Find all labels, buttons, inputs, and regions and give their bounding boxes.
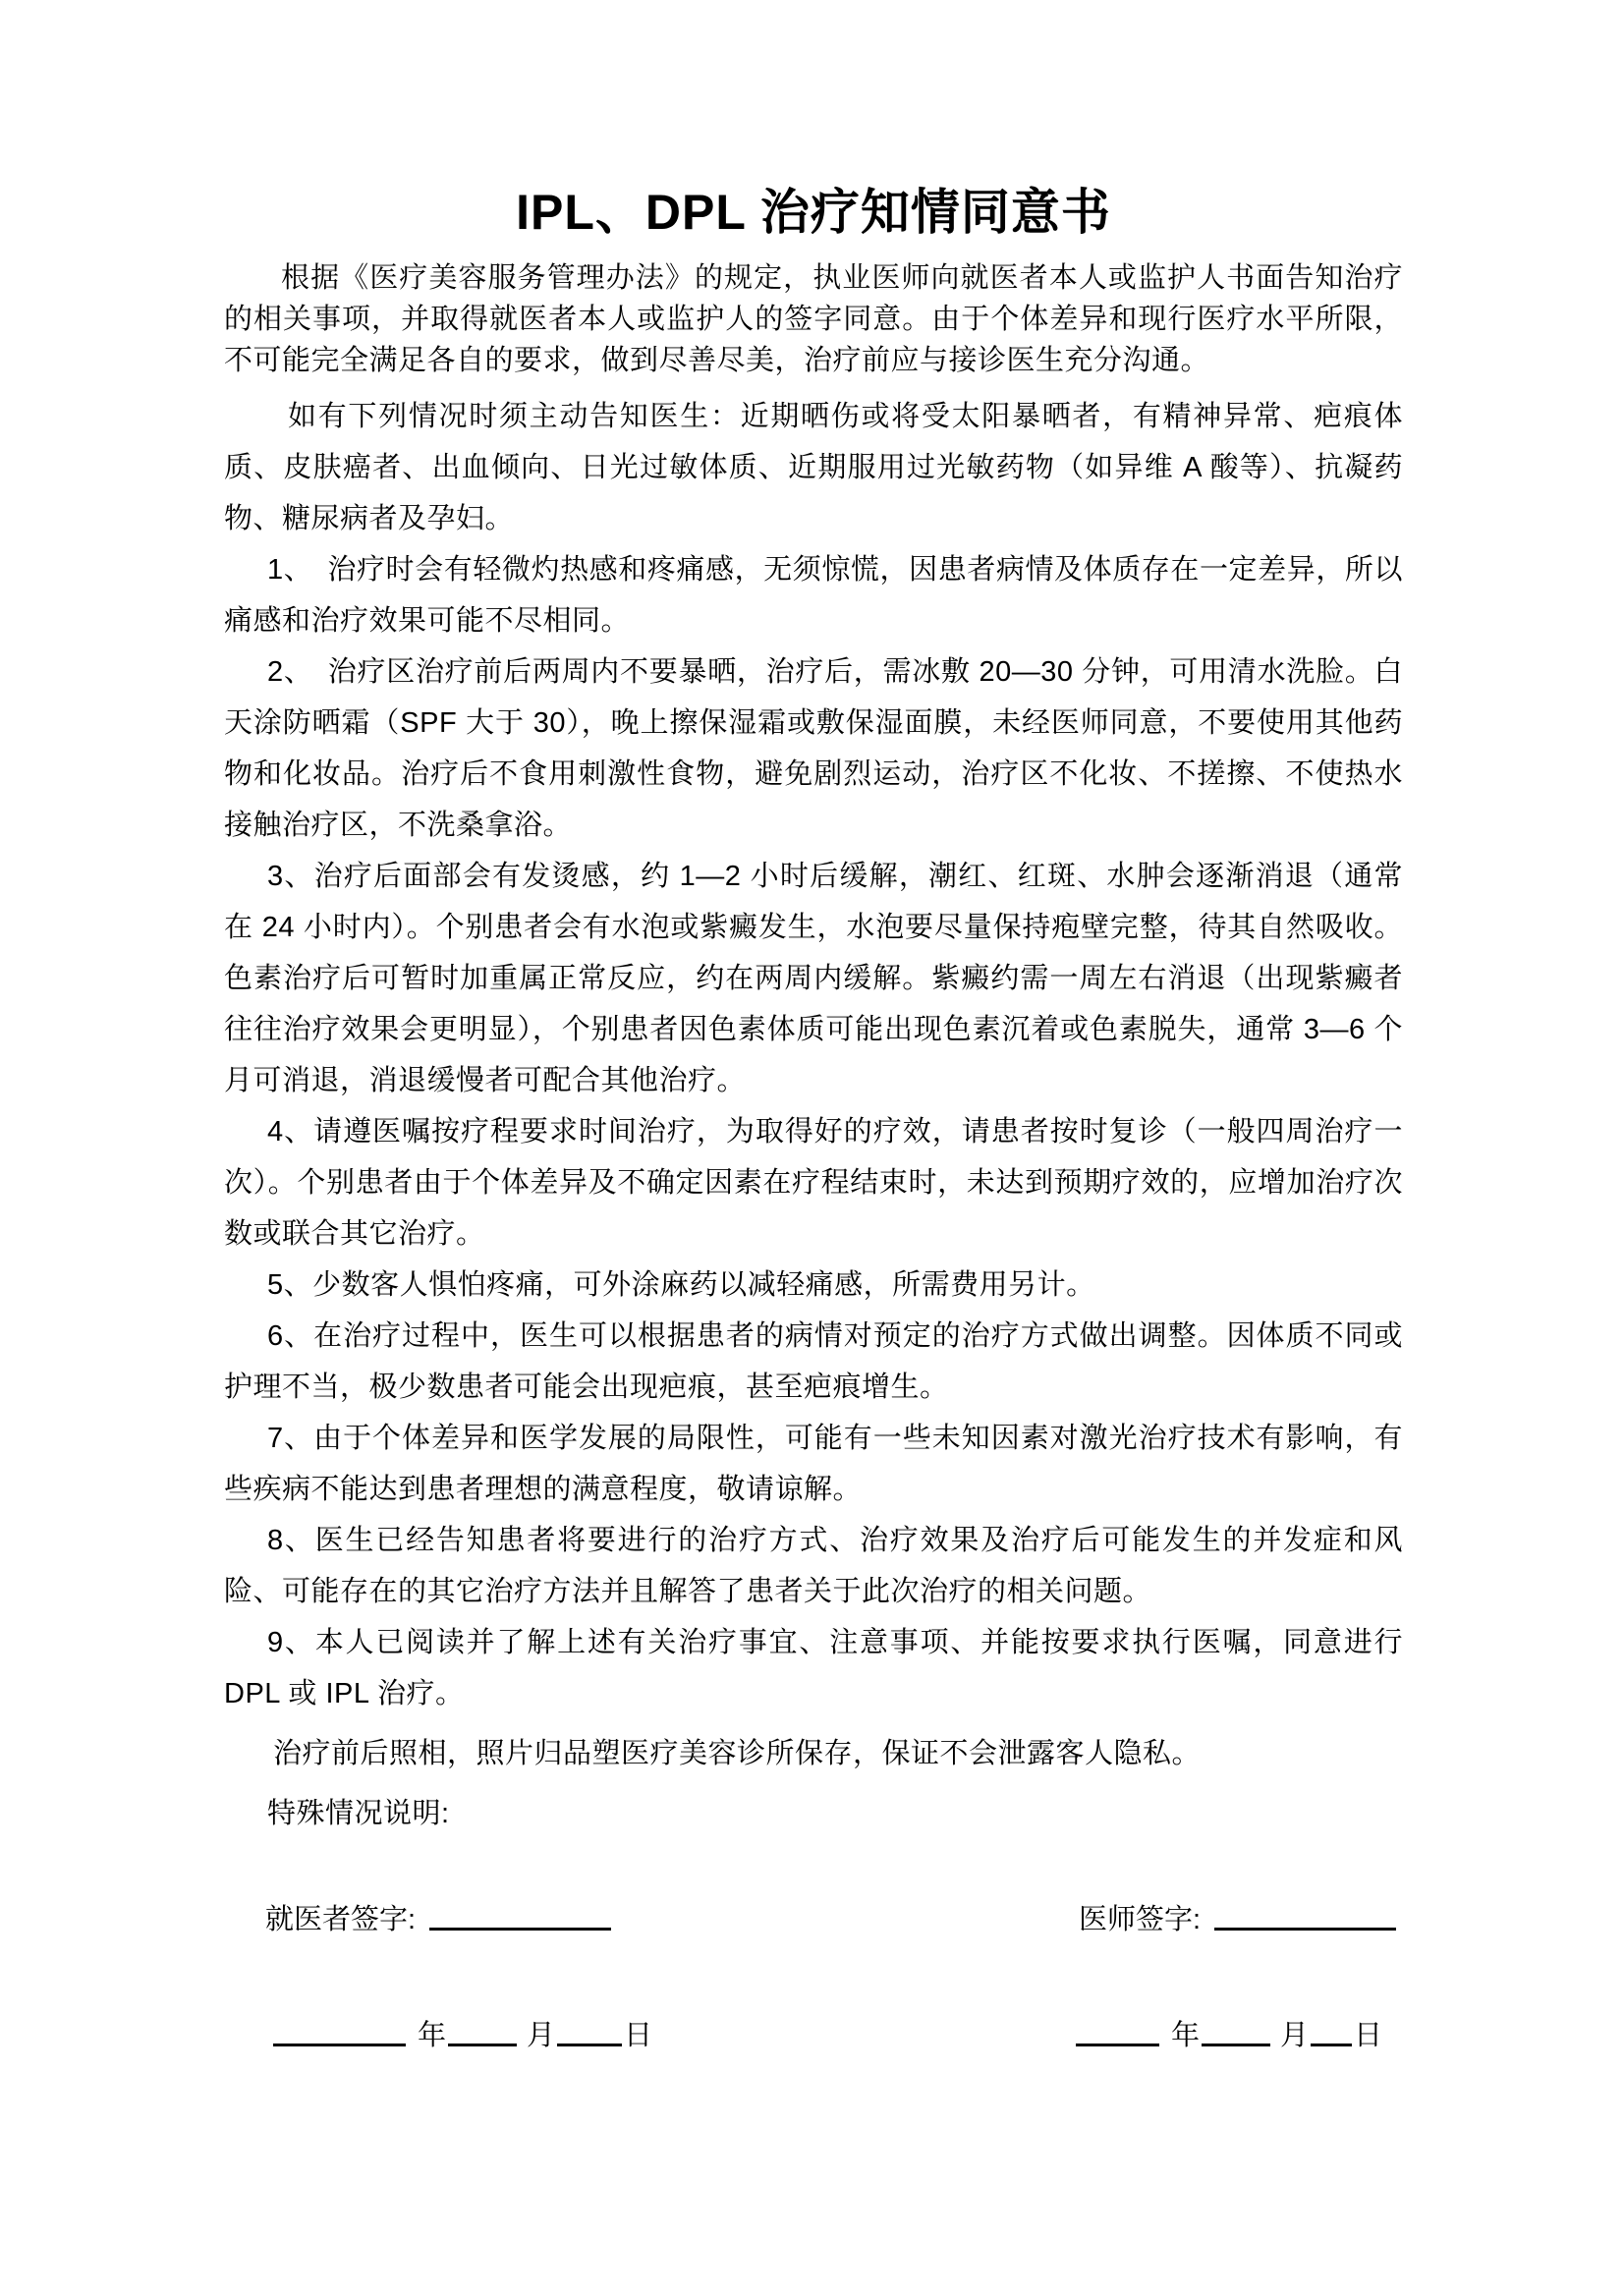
intro-paragraph-disclosure: 如有下列情况时须主动告知医生：近期晒伤或将受太阳暴晒者，有精神异常、疤痕体质、皮… xyxy=(224,391,1403,544)
doctor-signature-block: 医师签字: xyxy=(1079,1894,1396,1945)
doctor-date-day-line xyxy=(1311,2018,1352,2046)
document-title: IPL、DPL 治疗知情同意书 xyxy=(224,183,1403,242)
patient-signature-label: 就医者签字: xyxy=(265,1904,416,1935)
doctor-day-label: 日 xyxy=(1354,2020,1382,2051)
notice-item-9: 9、本人已阅读并了解上述有关治疗事宜、注意事项、并能按要求执行医嘱，同意进行 D… xyxy=(224,1617,1403,1719)
patient-date-block: 年月日 xyxy=(273,2010,652,2061)
patient-month-label: 月 xyxy=(527,2020,555,2051)
notice-item-7: 7、由于个体差异和医学发展的局限性，可能有一些未知因素对激光治疗技术有影响，有些… xyxy=(224,1413,1403,1515)
patient-signature-line xyxy=(429,1902,611,1931)
patient-date-day-line xyxy=(557,2018,622,2046)
consent-document-page: IPL、DPL 治疗知情同意书 根据《医疗美容服务管理办法》的规定，执业医师向就… xyxy=(0,0,1624,2296)
intro-paragraph-regulation: 根据《医疗美容服务管理办法》的规定，执业医师向就医者本人或监护人书面告知治疗的相… xyxy=(224,257,1403,381)
notice-item-5: 5、少数客人惧怕疼痛，可外涂麻药以减轻痛感，所需费用另计。 xyxy=(224,1260,1403,1311)
doctor-date-month-line xyxy=(1202,2018,1270,2046)
patient-year-label: 年 xyxy=(418,2020,446,2051)
date-row: 年月日 年月日 xyxy=(224,2010,1403,2061)
notice-item-6: 6、在治疗过程中，医生可以根据患者的病情对预定的治疗方式做出调整。因体质不同或护… xyxy=(224,1311,1403,1413)
notice-item-8: 8、医生已经告知患者将要进行的治疗方式、治疗效果及治疗后可能发生的并发症和风险、… xyxy=(224,1515,1403,1617)
notice-item-4: 4、请遵医嘱按疗程要求时间治疗，为取得好的疗效，请患者按时复诊（一般四周治疗一次… xyxy=(224,1106,1403,1260)
patient-day-label: 日 xyxy=(624,2020,652,2051)
photo-consent-note: 治疗前后照相，照片归品塑医疗美容诊所保存，保证不会泄露客人隐私。 xyxy=(224,1728,1403,1779)
special-notes-label: 特殊情况说明: xyxy=(224,1788,1403,1839)
doctor-date-block: 年月日 xyxy=(1076,2010,1382,2061)
notice-item-1: 1、 治疗时会有轻微灼热感和疼痛感，无须惊慌，因患者病情及体质存在一定差异，所以… xyxy=(224,544,1403,646)
doctor-year-label: 年 xyxy=(1171,2020,1200,2051)
patient-signature-block: 就医者签字: xyxy=(265,1894,611,1945)
patient-date-month-line xyxy=(448,2018,517,2046)
doctor-month-label: 月 xyxy=(1280,2020,1309,2051)
doctor-signature-line xyxy=(1214,1902,1396,1931)
signature-row: 就医者签字: 医师签字: xyxy=(224,1894,1403,1945)
notice-item-3: 3、治疗后面部会有发烫感，约 1—2 小时后缓解，潮红、红斑、水肿会逐渐消退（通… xyxy=(224,851,1403,1106)
doctor-date-year-line xyxy=(1076,2018,1159,2046)
doctor-signature-label: 医师签字: xyxy=(1079,1904,1201,1935)
patient-date-year-line xyxy=(273,2018,406,2046)
notice-item-2: 2、 治疗区治疗前后两周内不要暴晒，治疗后，需冰敷 20—30 分钟，可用清水洗… xyxy=(224,646,1403,851)
